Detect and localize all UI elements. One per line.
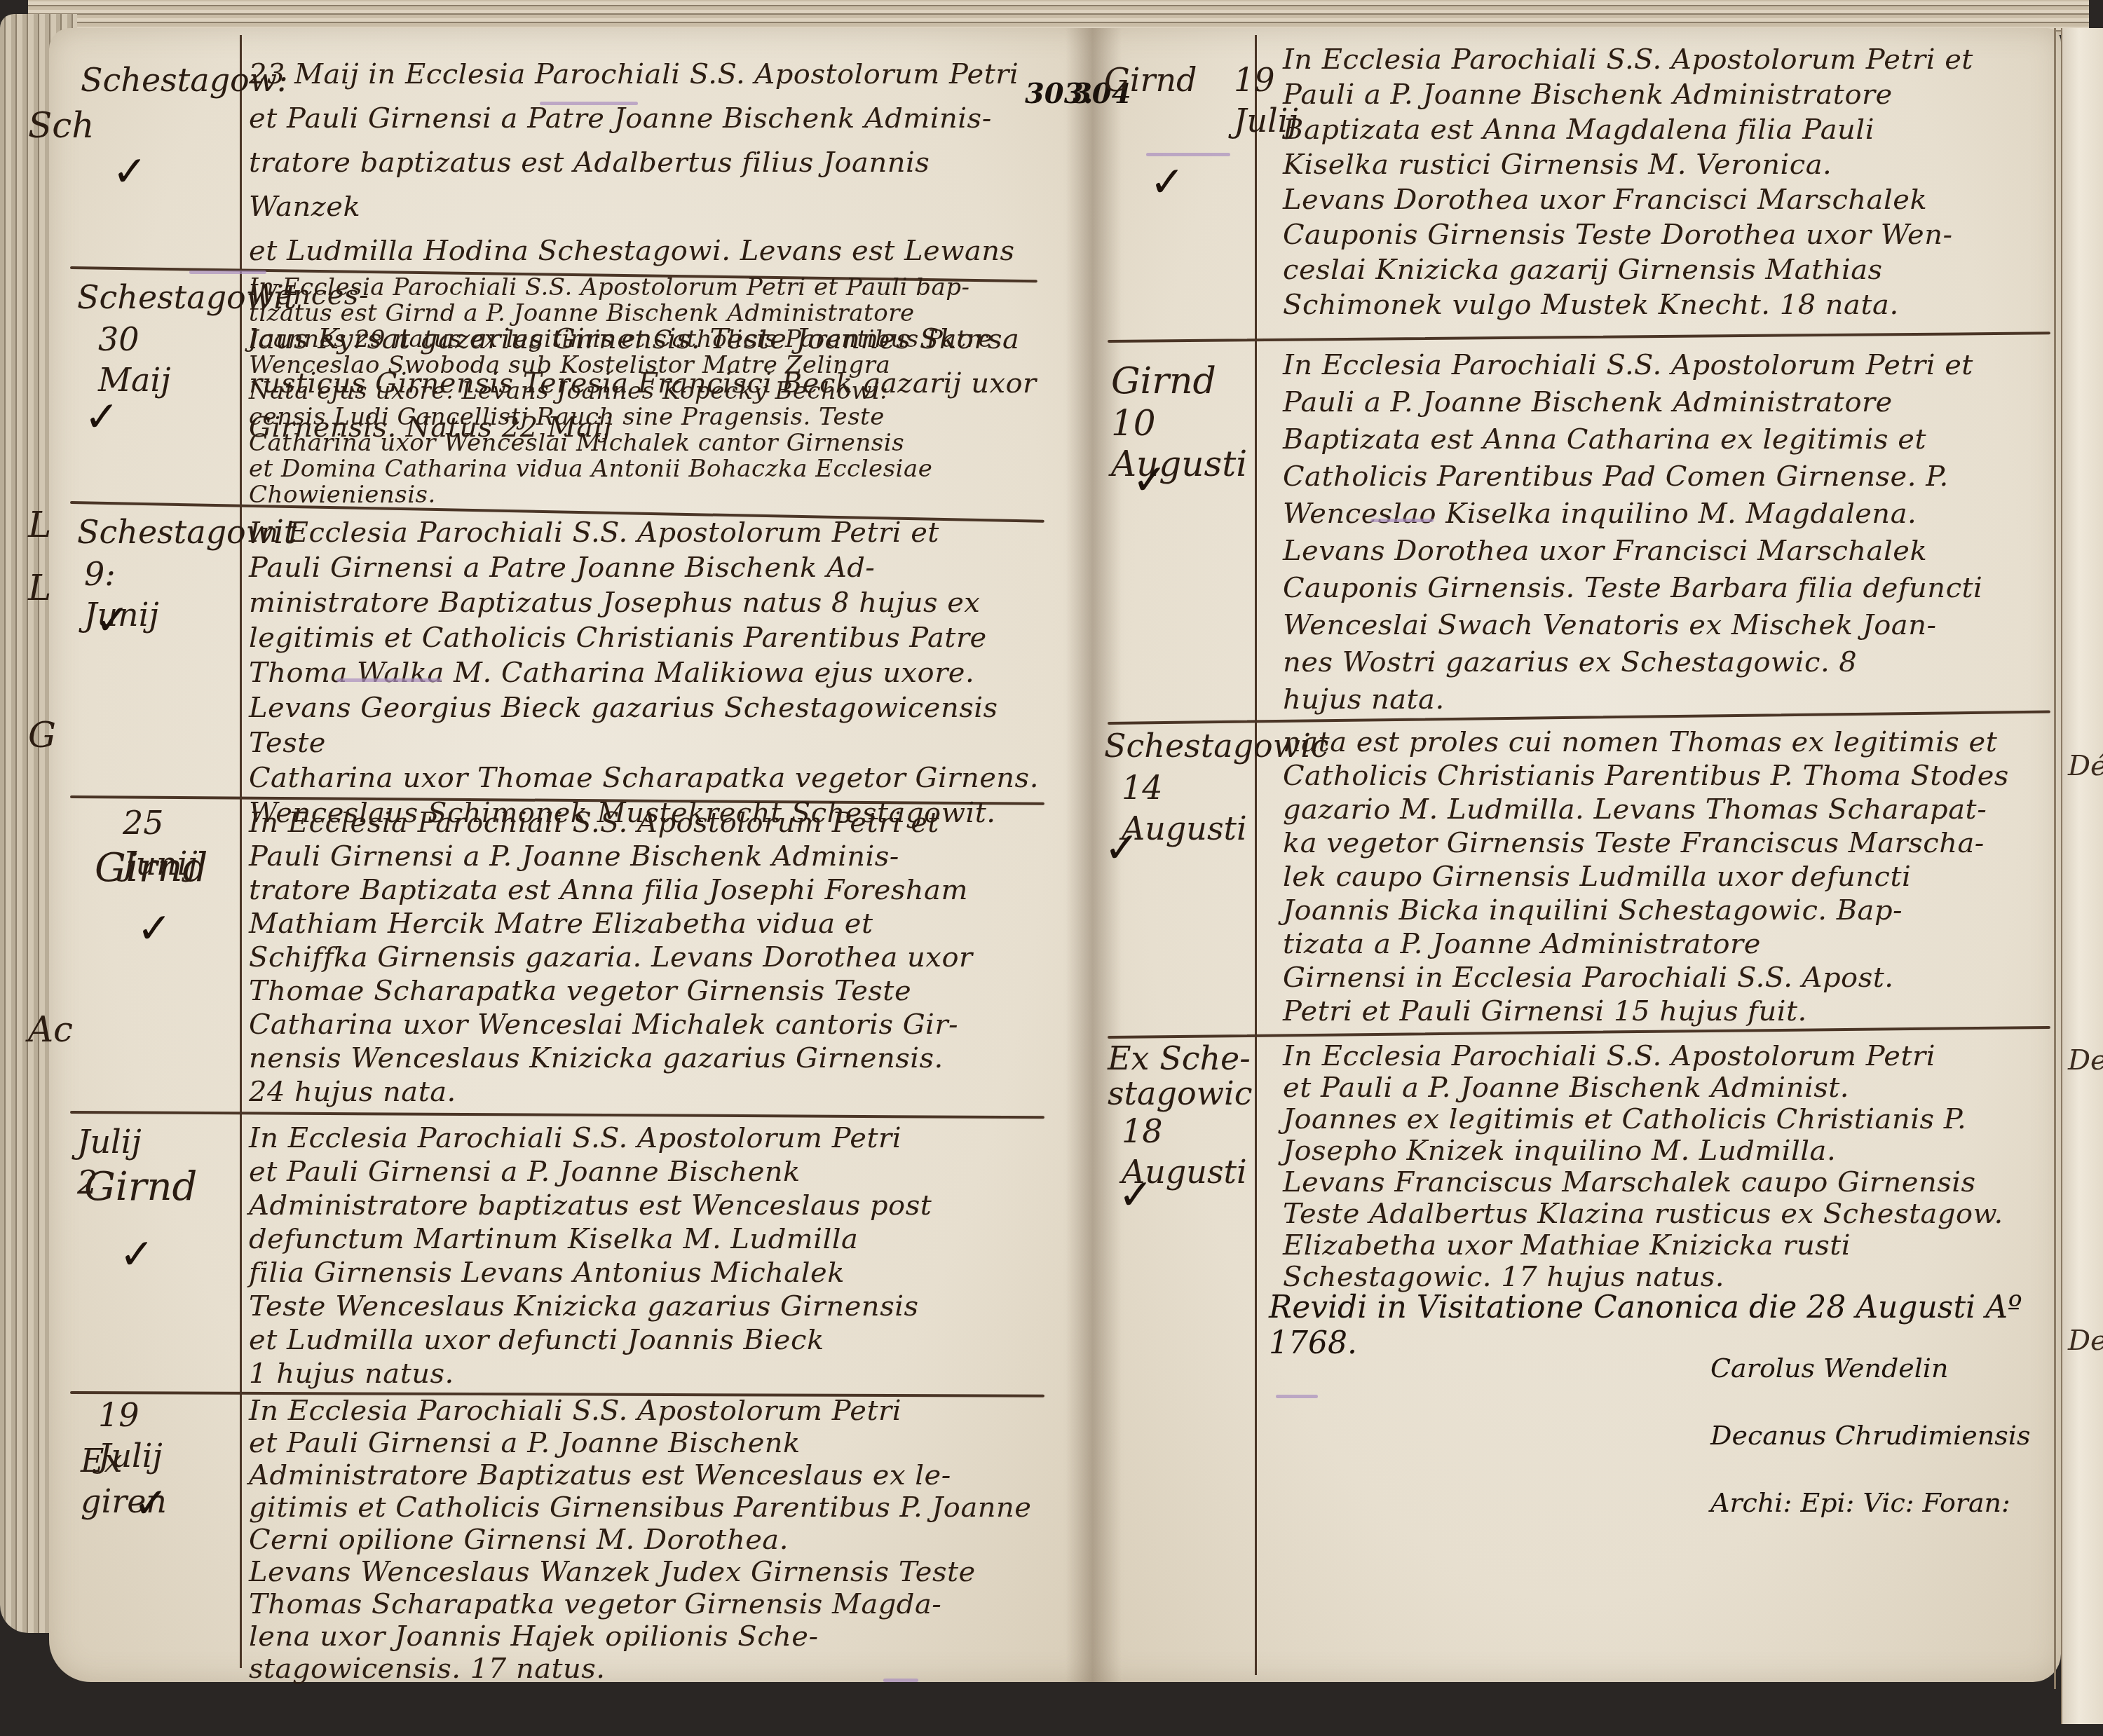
- violet-annotation-mark: [540, 102, 638, 105]
- violet-annotation-mark: [1276, 1395, 1318, 1398]
- entry-date: 30 Maij: [98, 319, 171, 400]
- checkmark-icon: ✓: [1104, 823, 1139, 873]
- checkmark-icon: ✓: [1132, 456, 1167, 505]
- entry-text: In Ecclesia Parochiali S.S. Apostolorum …: [1283, 347, 2054, 718]
- violet-annotation-mark: [1146, 153, 1230, 156]
- checkmark-icon: ✓: [137, 904, 172, 953]
- entry-text: In Ecclesia Parochiali S.S. Apostolorum …: [249, 515, 1048, 831]
- next-page-fragment: Dé: [2068, 750, 2103, 782]
- entry-place: Girnd: [84, 1167, 197, 1208]
- violet-annotation-mark: [189, 271, 266, 274]
- entry-place: Ex Sche- stagowic: [1108, 1041, 1253, 1111]
- checkmark-icon: ✓: [95, 596, 130, 645]
- entry-place: Girnd: [1111, 361, 1216, 402]
- entry-text: In Ecclesia Parochiali S.S. Apostolorum …: [1283, 42, 2054, 322]
- signature-name: Carolus Wendelin: [1710, 1351, 2030, 1385]
- entry-text: nata est proles cui nomen Thomas ex legi…: [1283, 725, 2054, 1028]
- checkmark-icon: ✓: [1118, 1170, 1153, 1219]
- checkmark-icon: ✓: [84, 392, 119, 442]
- checkmark-icon: ✓: [119, 1230, 154, 1279]
- checkmark-icon: ✓: [133, 1479, 168, 1528]
- signature-title-1: Decanus Chrudimiensis: [1710, 1419, 2030, 1452]
- signature-block: Carolus Wendelin Decanus Chrudimiensis A…: [1710, 1318, 2030, 1553]
- violet-annotation-mark: [1370, 519, 1434, 522]
- prev-page-fragment: L: [28, 568, 51, 608]
- prev-page-fragment: Ac: [28, 1009, 73, 1050]
- entry-text: In Ecclesia Parochiali S.S. Apostolorum …: [249, 1121, 1048, 1390]
- violet-annotation-mark: [883, 1679, 918, 1682]
- entry-place: Girnd: [95, 848, 207, 889]
- right-column-rule: [1255, 35, 1257, 1675]
- entry-date: 14 Augusti: [1122, 767, 1247, 849]
- right-page-edge-rule: [2054, 28, 2056, 1689]
- next-page-fragment: De: [2068, 1044, 2103, 1077]
- checkmark-icon: ✓: [112, 147, 147, 196]
- prev-page-fragment: L: [28, 505, 51, 545]
- entry-text: In Ecclesia Parochiali S.S. Apostolorum …: [249, 1395, 1048, 1685]
- entry-place: Girnd: [1104, 60, 1197, 100]
- entry-text: In Ecclesia Parochiali S.S. Apostolorum …: [1283, 1041, 2054, 1293]
- prev-page-fragment: G: [28, 715, 56, 756]
- signature-title-2: Archi: Epi: Vic: Foran:: [1710, 1486, 2030, 1519]
- entry-text: In Ecclesia Parochiali S.S. Apostolorum …: [249, 806, 1048, 1109]
- entry-text: In Ecclesia Parochiali S.S. Apostolorum …: [249, 275, 1048, 508]
- violet-annotation-mark: [336, 678, 442, 682]
- checkmark-icon: ✓: [1150, 158, 1185, 207]
- prev-page-fragment: Sch: [28, 105, 94, 146]
- next-page-edge: De De Dé: [2061, 28, 2103, 1724]
